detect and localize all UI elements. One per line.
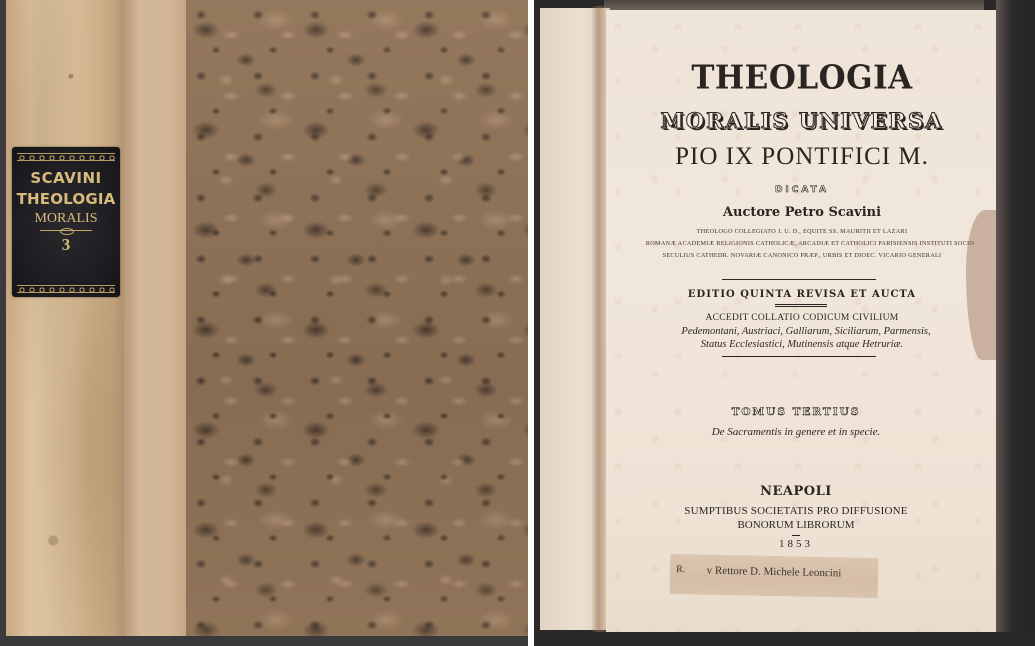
spine-ornament-top	[17, 153, 115, 161]
book-spine	[6, 0, 124, 636]
publisher-line: SUMPTIBUS SOCIETATIS PRO DIFFUSIONE	[600, 505, 992, 517]
book-subtitle: MORALIS UNIVERSA	[606, 108, 998, 133]
dedication-line: PIO IX PONTIFICI M.	[606, 143, 998, 171]
book-title: THEOLOGIA	[606, 59, 998, 97]
publisher-line: BONORUM LIBRORUM	[600, 519, 992, 531]
author-credential: THEOLOGO COLLEGIATO J. U. D., EQUITE SS.…	[606, 228, 998, 235]
accedit-line: ACCEDIT COLLATIO CODICUM CIVILIUM	[606, 313, 998, 323]
spine-subtitle: MORALIS	[34, 211, 97, 227]
divider-rule	[722, 356, 876, 357]
spine-ornament-bottom	[17, 285, 115, 293]
volume-heading: TOMUS TERTIUS	[600, 406, 992, 418]
divider-rule	[722, 279, 876, 280]
label-initial: R.	[676, 564, 685, 575]
volume-description: De Sacramentis in genere et in specie.	[600, 426, 992, 438]
label-text: v Rettore D. Michele Leoncini	[707, 565, 842, 580]
spine-divider-ornament	[40, 230, 92, 233]
spine-title: THEOLOGIA	[17, 190, 116, 208]
pasted-ownership-label: R. v Rettore D. Michele Leoncini	[670, 554, 879, 598]
author-line: Auctore Petro Scavini	[606, 205, 998, 220]
book-exterior-photo: SCAVINI THEOLOGIA MORALIS 3	[0, 0, 528, 646]
imprint-year: 1853	[600, 538, 992, 550]
page-edge-shadow	[996, 0, 1035, 646]
cloth-hinge	[124, 0, 188, 636]
author-credential: SECULIUS CATHEDR. NOVARIÆ CANONICO PRÆP.…	[606, 252, 998, 259]
spine-label: SCAVINI THEOLOGIA MORALIS 3	[12, 147, 120, 297]
dicata-line: DICATA	[606, 185, 998, 195]
background-surface	[0, 636, 528, 646]
background-surface	[534, 632, 1035, 646]
civil-codes-line: Pedemontani, Austriaci, Galliarum, Sicil…	[610, 326, 1002, 337]
divider-rule	[775, 306, 827, 307]
divider-rule	[775, 304, 827, 305]
edition-line: EDITIO QUINTA REVISA ET AUCTA	[606, 289, 998, 300]
marbled-cover-board	[186, 0, 528, 636]
spine-author: SCAVINI	[30, 169, 101, 187]
spine-volume-number: 3	[62, 235, 71, 255]
imprint-city: NEAPOLI	[600, 484, 992, 499]
author-credential: ROMANÆ ACADEMIÆ RELIGIONIS CATHOLICÆ, AR…	[614, 240, 1006, 247]
divider-rule	[792, 535, 800, 536]
civil-codes-line: Status Ecclesiastici, Mutinensis atque H…	[606, 339, 998, 350]
page-top-edge	[604, 0, 984, 10]
